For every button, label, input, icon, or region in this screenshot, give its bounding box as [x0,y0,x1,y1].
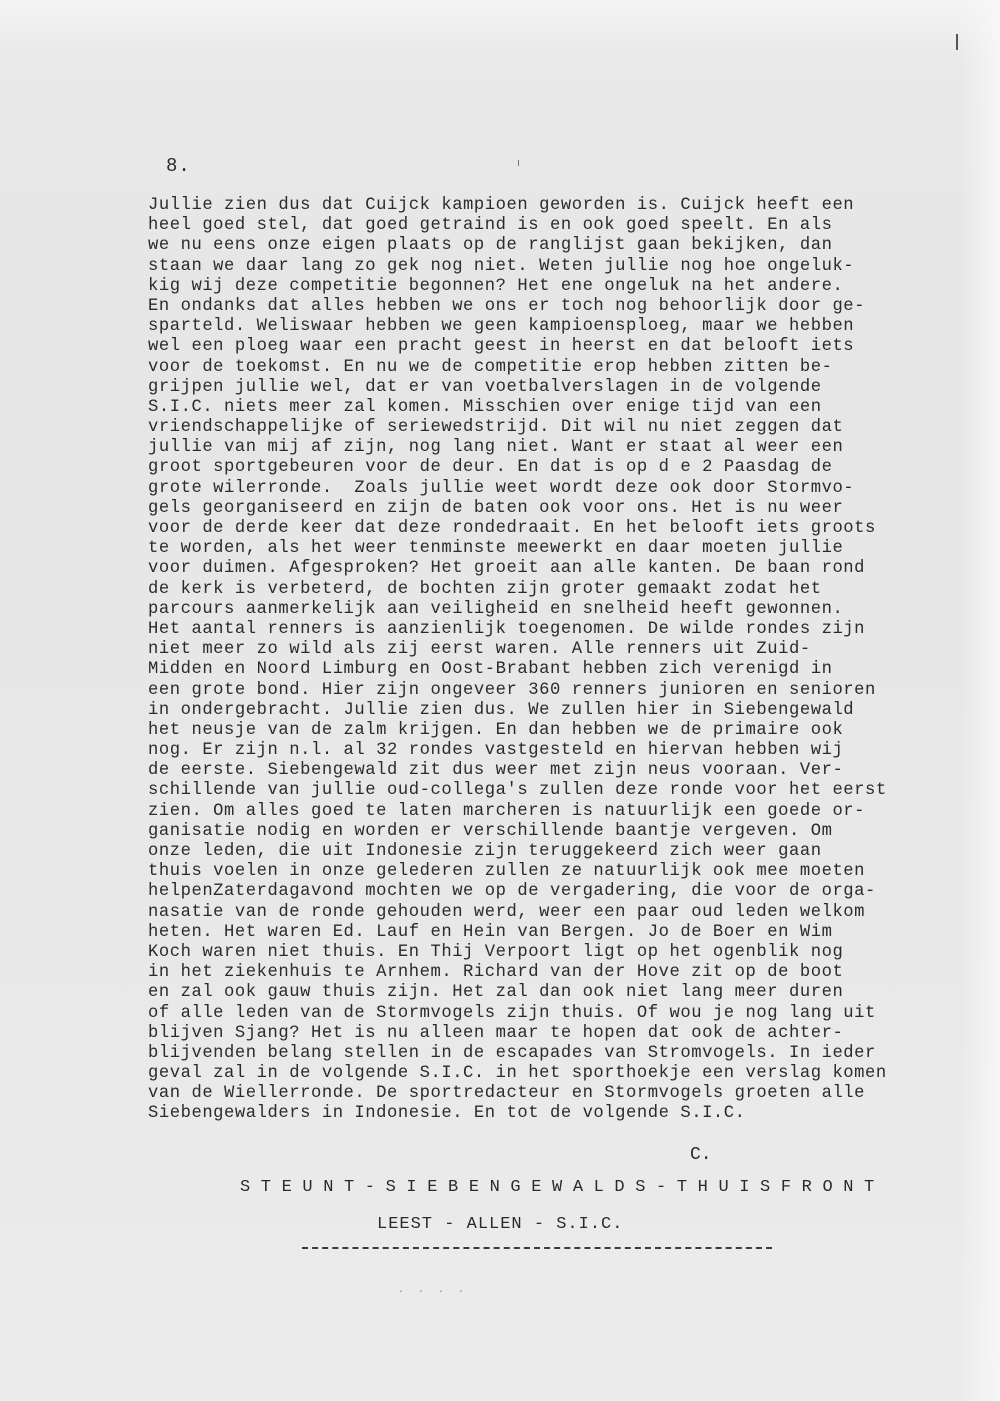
text-line: Koch waren niet thuis. En Thij Verpoort … [148,943,998,963]
text-line: blijven Sjang? Het is nu alleen maar te … [148,1024,998,1044]
text-line: En ondanks dat alles hebben we ons er to… [148,297,998,317]
text-line: heten. Het waren Ed. Lauf en Hein van Be… [148,923,998,943]
text-line: zien. Om alles goed te laten marcheren i… [148,802,998,822]
text-line: staan we daar lang zo gek nog niet. Wete… [148,257,998,277]
text-line: groot sportgebeuren voor de deur. En dat… [148,458,998,478]
text-line: heel goed stel, dat goed getraind is en … [148,216,998,236]
text-line: thuis voelen in onze gelederen zullen ze… [148,862,998,882]
text-line: geval zal in de volgende S.I.C. in het s… [148,1064,998,1084]
dashed-divider [302,1247,772,1249]
text-line: niet meer zo wild als zij eerst waren. A… [148,640,998,660]
text-line: de kerk is verbeterd, de bochten zijn gr… [148,580,998,600]
text-line: vriendschappelijke of seriewedstrijd. Di… [148,418,998,438]
text-line: Midden en Noord Limburg en Oost-Brabant … [148,660,998,680]
scan-artifact: · · · · [398,1287,468,1298]
text-line: Jullie zien dus dat Cuijck kampioen gewo… [148,196,998,216]
text-line: nasatie van de ronde gehouden werd, weer… [148,903,998,923]
page-number: 8. [166,155,191,177]
text-line: onze leden, die uit Indonesie zijn terug… [148,842,998,862]
text-line: voor de toekomst. En nu we de competitie… [148,358,998,378]
text-line: ganisatie nodig en worden er verschillen… [148,822,998,842]
text-line: Het aantal renners is aanzienlijk toegen… [148,620,998,640]
body-text: Jullie zien dus dat Cuijck kampioen gewo… [148,196,998,1125]
text-line: van de Wiellerronde. De sportredacteur e… [148,1084,998,1104]
text-line: we nu eens onze eigen plaats op de rangl… [148,236,998,256]
signature: C. [690,1145,712,1165]
text-line: helpenZaterdagavond mochten we op de ver… [148,882,998,902]
text-line: Siebengewalders in Indonesie. En tot de … [148,1104,998,1124]
text-line: een grote bond. Hier zijn ongeveer 360 r… [148,681,998,701]
text-line: sparteld. Weliswaar hebben we geen kampi… [148,317,998,337]
text-line: het neusje van de zalm krijgen. En dan h… [148,721,998,741]
slogan: STEUNT-SIEBENGEWALDS-THUISFRONT [240,1178,885,1197]
text-line: in het ziekenhuis te Arnhem. Richard van… [148,963,998,983]
text-line: kig wij deze competitie begonnen? Het en… [148,277,998,297]
text-line: gels georganiseerd en zijn de baten ook … [148,499,998,519]
scan-artifact [518,160,519,166]
text-line: of alle leden van de Stormvogels zijn th… [148,1004,998,1024]
text-line: blijvenden belang stellen in de escapade… [148,1044,998,1064]
text-line: jullie van mij af zijn, nog lang niet. W… [148,438,998,458]
text-line: grijpen jullie wel, dat er van voetbalve… [148,378,998,398]
text-line: nog. Er zijn n.l. al 32 rondes vastgeste… [148,741,998,761]
text-line: grote wilerronde. Zoals jullie weet word… [148,479,998,499]
text-line: en zal ook gauw thuis zijn. Het zal dan … [148,983,998,1003]
text-line: in ondergebracht. Jullie zien dus. We zu… [148,701,998,721]
text-line: wel een ploeg waar een pracht geest in h… [148,337,998,357]
text-line: voor de derde keer dat deze rondedraait.… [148,519,998,539]
text-line: te worden, als het weer tenminste meewer… [148,539,998,559]
text-line: S.I.C. niets meer zal komen. Misschien o… [148,398,998,418]
text-line: voor duimen. Afgesproken? Het groeit aan… [148,559,998,579]
text-line: parcours aanmerkelijk aan veiligheid en … [148,600,998,620]
text-line: schillende van jullie oud-collega's zull… [148,781,998,801]
subslogan: LEEST - ALLEN - S.I.C. [377,1215,623,1234]
scan-artifact [956,34,958,50]
text-line: de eerste. Siebengewald zit dus weer met… [148,761,998,781]
